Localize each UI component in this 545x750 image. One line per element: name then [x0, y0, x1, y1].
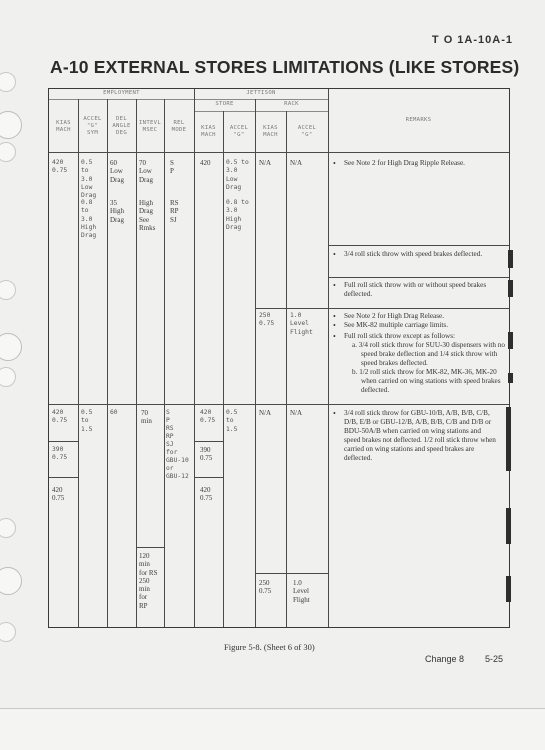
- cell-emp-rel-low: S P: [170, 159, 174, 176]
- grid-line: [78, 99, 79, 627]
- grid-line: [223, 111, 224, 627]
- change-bar: [506, 576, 511, 602]
- cell-emp-rel: S P RS RP SJ for GBU-10 or GBU-12: [166, 409, 189, 481]
- grid-line: [194, 111, 328, 112]
- cell-emp-intevl-low: 70 Low Drag: [139, 159, 153, 184]
- grid-line: [136, 547, 164, 548]
- cell-rack-kias-2: 250 0.75: [259, 579, 271, 596]
- grid-line: [49, 99, 328, 100]
- bullet-icon: •: [333, 159, 336, 168]
- binder-hole: [0, 142, 16, 162]
- cell-rack-kias: N/A: [259, 159, 271, 167]
- col-emp-accel-g-sym: ACCEL "G" SYM: [78, 116, 107, 137]
- cell-emp-intevl-high: High Drag See Rmks: [139, 199, 155, 232]
- cell-emp-kias-b: 390 0.75: [52, 446, 67, 463]
- remark-sub-item: b. 1/2 roll stick throw for MK-82, MK-36…: [333, 368, 505, 395]
- cell-store-kias: 420: [200, 159, 211, 167]
- stores-limitations-table: EMPLOYMENT JETTISON STORE RACK REMARKS K…: [48, 88, 510, 628]
- grid-line: [49, 441, 78, 442]
- col-store-accel-g: ACCEL "G": [223, 125, 255, 139]
- grid-line: [49, 477, 78, 478]
- cell-store-accel-high: 0.8 to 3.0 High Drag: [226, 199, 249, 232]
- cell-emp-del-low: 60 Low Drag: [110, 159, 124, 184]
- cell-store-kias-a: 420 0.75: [200, 409, 215, 426]
- header-store: STORE: [194, 101, 255, 108]
- bullet-icon: •: [333, 409, 336, 418]
- grid-line: [194, 89, 195, 627]
- cell-emp-kias-a: 420 0.75: [52, 409, 67, 426]
- cell-store-accel-low: 0.5 to 3.0 Low Drag: [226, 159, 249, 192]
- header-remarks: REMARKS: [328, 117, 509, 124]
- document-page: T O 1A-10A-1 A-10 EXTERNAL STORES LIMITA…: [0, 0, 545, 708]
- grid-line: [194, 441, 223, 442]
- binder-hole: [0, 518, 16, 538]
- grid-line: [255, 308, 509, 309]
- header-jettison: JETTISON: [194, 90, 328, 97]
- remark-item: • See Note 2 for High Drag Release.: [333, 312, 505, 321]
- page-margin-background: [0, 708, 545, 750]
- grid-line: [328, 89, 329, 627]
- header-rack: RACK: [255, 101, 328, 108]
- bullet-icon: •: [333, 281, 336, 290]
- grid-line: [194, 477, 223, 478]
- grid-line: [286, 111, 287, 627]
- change-label: Change 8: [425, 654, 464, 664]
- col-rack-kias-mach: KIAS MACH: [255, 125, 286, 139]
- change-bar: [508, 250, 513, 268]
- bullet-icon: •: [333, 312, 336, 321]
- cell-emp-rel-high: RS RP SJ: [170, 199, 179, 224]
- col-emp-kias-mach: KIAS MACH: [49, 120, 78, 134]
- col-rack-accel-g: ACCEL "G": [286, 125, 328, 139]
- remark-sub-item: a. 3/4 roll stick throw for SUU-30 dispe…: [333, 341, 505, 368]
- doc-number: T O 1A-10A-1: [432, 34, 513, 46]
- remark-item: • 3/4 roll stick throw for GBU-10/B, A/B…: [333, 409, 499, 463]
- grid-line: [328, 245, 509, 246]
- page-number: 5-25: [485, 654, 503, 664]
- cell-emp-accel-high: 0.8 to 3.0 High Drag: [81, 199, 96, 240]
- cell-store-kias-c: 420 0.75: [200, 486, 212, 503]
- grid-line: [107, 99, 108, 627]
- binder-hole: [0, 367, 16, 387]
- cell-emp-intevl: 70 min: [141, 409, 152, 426]
- binder-hole: [0, 72, 16, 92]
- cell-emp-intevl-2: 120 min for RS 250 min for RP: [139, 552, 157, 610]
- col-emp-intevl-msec: INTEVL MSEC: [136, 120, 164, 134]
- col-emp-rel-mode: REL MODE: [164, 120, 194, 134]
- cell-emp-del-high: 35 High Drag: [110, 199, 124, 224]
- grid-line: [255, 573, 328, 574]
- cell-store-accel: 0.5 to 1.5: [226, 409, 237, 434]
- figure-caption: Figure 5-8. (Sheet 6 of 30): [224, 642, 315, 652]
- change-bar: [508, 332, 513, 349]
- grid-line: [49, 404, 509, 405]
- cell-emp-accel: 0.5 to 1.5: [81, 409, 92, 434]
- cell-rack-accel-2: 1.0 Level Flight: [293, 579, 310, 604]
- page-title: A-10 EXTERNAL STORES LIMITATIONS (LIKE S…: [50, 57, 519, 78]
- col-emp-del-angle: DEL ANGLE DEG: [107, 116, 136, 137]
- bullet-icon: •: [333, 250, 336, 259]
- header-employment: EMPLOYMENT: [49, 90, 194, 97]
- remark-item: • See MK-82 multiple carriage limits.: [333, 321, 505, 330]
- remark-item: • 3/4 roll stick throw with speed brakes…: [333, 250, 505, 259]
- remark-item: • See Note 2 for High Drag Ripple Releas…: [333, 159, 505, 168]
- cell-emp-kias-c: 420 0.75: [52, 486, 64, 503]
- cell-emp-del: 60: [110, 409, 118, 417]
- remark-item: • Full roll stick throw except as follow…: [333, 332, 505, 395]
- cell-emp-kias: 420 0.75: [52, 159, 67, 176]
- grid-line: [328, 277, 509, 278]
- grid-line: [164, 99, 165, 627]
- cell-rack-accel: N/A: [290, 159, 302, 167]
- cell-rack-accel: N/A: [290, 409, 302, 417]
- remark-item: • Full roll stick throw with or without …: [333, 281, 505, 299]
- binder-hole: [0, 280, 16, 300]
- cell-rack-kias: N/A: [259, 409, 271, 417]
- col-store-kias-mach: KIAS MACH: [194, 125, 223, 139]
- grid-line: [49, 152, 509, 153]
- binder-hole: [0, 333, 22, 361]
- change-bar: [506, 508, 511, 544]
- change-bar: [508, 280, 513, 297]
- binder-hole: [0, 111, 22, 139]
- cell-rack-accel-2: 1.0 Level Flight: [290, 312, 313, 337]
- cell-rack-kias-2: 250 0.75: [259, 312, 274, 329]
- change-bar: [508, 373, 513, 383]
- bullet-icon: •: [333, 332, 336, 341]
- binder-hole: [0, 622, 16, 642]
- change-bar: [506, 407, 511, 471]
- bullet-icon: •: [333, 321, 336, 330]
- grid-line: [255, 99, 256, 627]
- cell-store-kias-b: 390 0.75: [200, 446, 212, 463]
- binder-hole: [0, 567, 22, 595]
- cell-emp-accel-low: 0.5 to 3.0 Low Drag: [81, 159, 96, 200]
